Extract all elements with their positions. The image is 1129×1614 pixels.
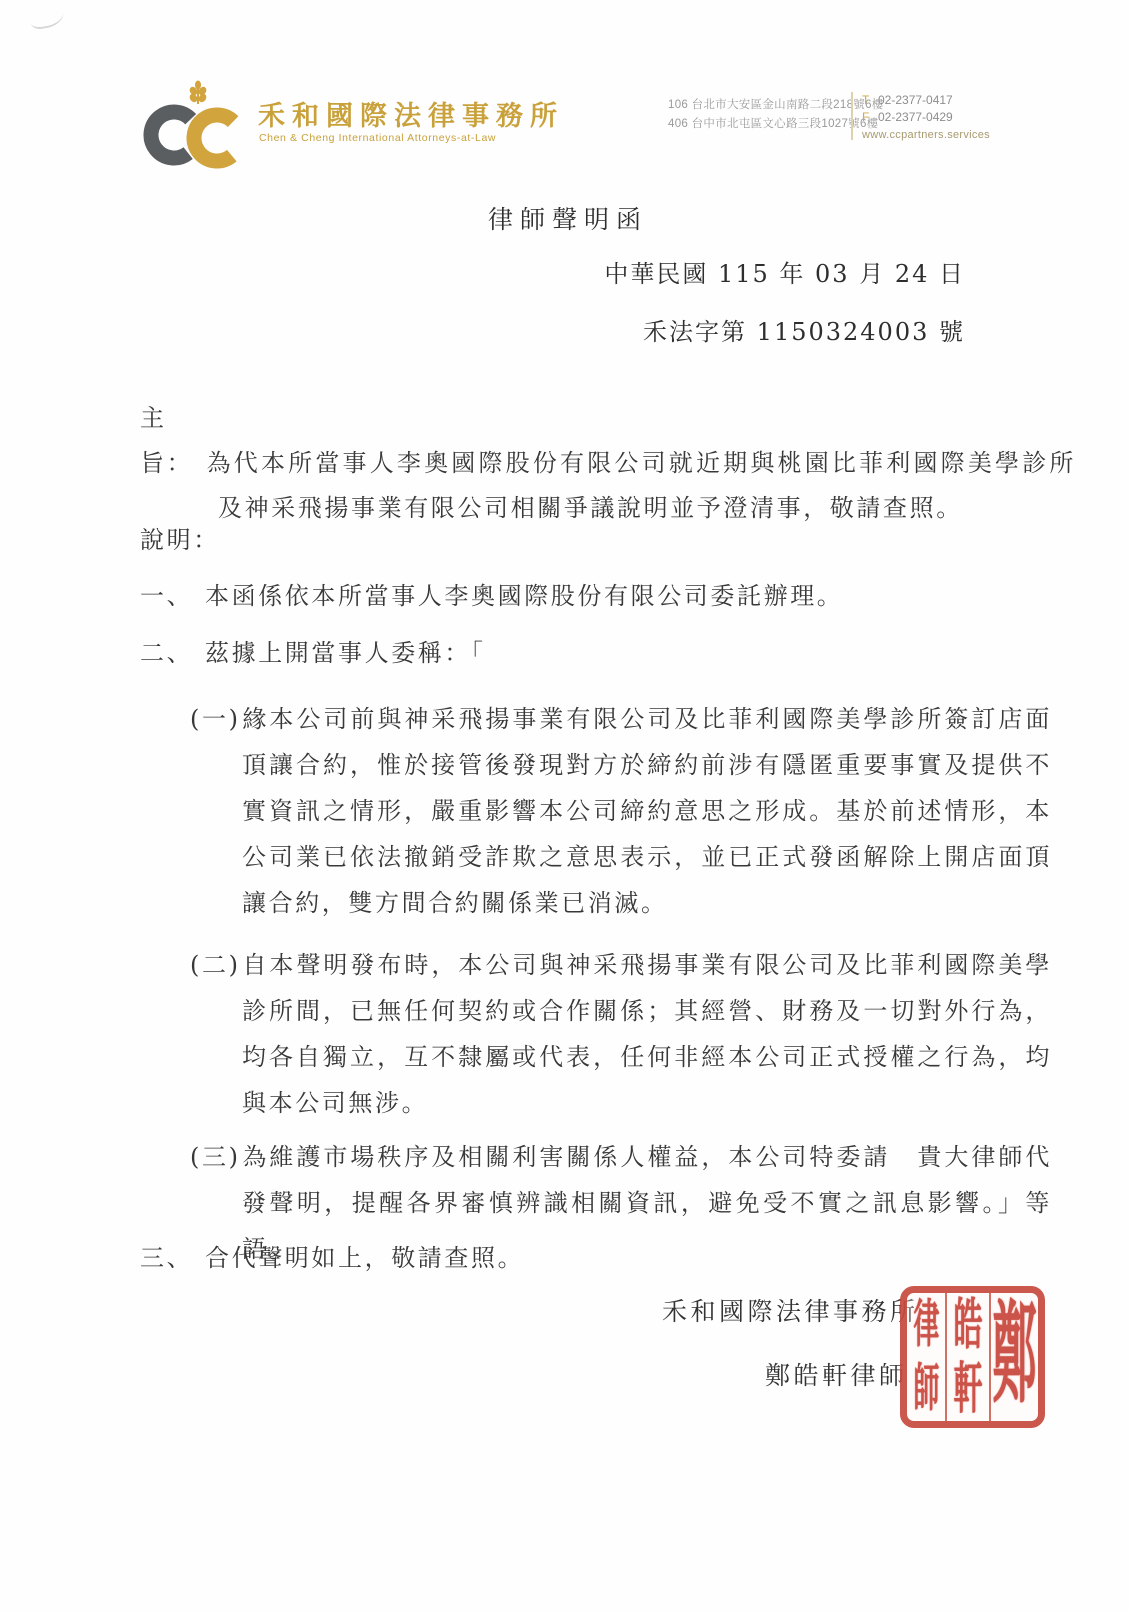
sub-item-1-number: (一)	[190, 696, 242, 742]
seal-column-middle: 皓 軒	[947, 1293, 991, 1421]
closing-number: 三、	[140, 1236, 205, 1281]
scanned-legal-letter: 禾和國際法律事務所 Chen & Cheng International Att…	[0, 0, 1129, 1614]
sub-item-3-number: (三)	[190, 1134, 242, 1180]
seal-char: 鄭	[993, 1302, 1037, 1412]
explanation-label: 說明：	[140, 518, 220, 563]
subject-paragraph: 主旨：為代本所當事人李奧國際股份有限公司就近期與桃園比菲利國際美學診所及神采飛揚…	[140, 396, 1076, 531]
seal-char: 師	[913, 1363, 939, 1414]
seal-column-right: 鄭	[991, 1293, 1038, 1421]
tel-number: 02-2377-0417	[878, 93, 953, 107]
fax-row: F02-2377-0429	[862, 110, 953, 124]
header-divider	[851, 92, 853, 140]
signature-firm-name: 禾和國際法律事務所	[662, 1292, 919, 1328]
item-2-text: 茲據上開當事人委稱：「	[205, 639, 486, 667]
seal-char: 皓	[954, 1297, 983, 1352]
sub-item-2-text: 自本聲明發布時，本公司與神采飛揚事業有限公司及比菲利國際美學診所間，已無任何契約…	[242, 951, 1052, 1117]
sub-item-2: (二)自本聲明發布時，本公司與神采飛揚事業有限公司及比菲利國際美學診所間，已無任…	[190, 942, 1052, 1126]
item-2-number: 二、	[140, 631, 205, 676]
item-2: 二、茲據上開當事人委稱：「	[140, 631, 1065, 676]
subject-label: 主旨：	[140, 396, 206, 486]
wheat-icon	[189, 81, 208, 104]
seal-column-left: 律 師	[907, 1293, 947, 1421]
signature-lawyer-name: 鄭皓軒律師	[765, 1356, 908, 1392]
sub-item-1: (一)緣本公司前與神采飛揚事業有限公司及比菲利國際美學診所簽訂店面頂讓合約，惟於…	[190, 696, 1052, 926]
firm-logo-cc-icon	[140, 80, 252, 170]
firm-name-en: Chen & Cheng International Attorneys-at-…	[259, 132, 496, 144]
website-url: www.ccpartners.services	[862, 129, 990, 141]
item-1-text: 本函係依本所當事人李奧國際股份有限公司委託辦理。	[205, 582, 843, 610]
fax-number: 02-2377-0429	[878, 110, 953, 124]
closing-line: 三、合代聲明如上，敬請查照。	[140, 1236, 1065, 1281]
tel-label: T	[862, 93, 878, 107]
sub-item-1-text: 緣本公司前與神采飛揚事業有限公司及比菲利國際美學診所簽訂店面頂讓合約，惟於接管後…	[242, 705, 1052, 917]
fax-label: F	[862, 110, 878, 124]
scan-artifact	[28, 2, 65, 30]
document-title: 律師聲明函	[488, 200, 648, 236]
subject-text: 為代本所當事人李奧國際股份有限公司就近期與桃園比菲利國際美學診所及神采飛揚事業有…	[206, 449, 1076, 522]
office-address-taichung: 406 台中市北屯區文心路三段1027號6樓	[668, 115, 878, 131]
item-1: 一、本函係依本所當事人李奧國際股份有限公司委託辦理。	[140, 574, 1065, 619]
document-ref-number: 禾法字第 1150324003 號	[643, 312, 965, 347]
document-date: 中華民國 115 年 03 月 24 日	[604, 254, 965, 289]
item-1-number: 一、	[140, 574, 205, 619]
seal-char: 軒	[954, 1361, 983, 1416]
firm-name-zh: 禾和國際法律事務所	[258, 94, 564, 133]
phone-row: T02-2377-0417	[862, 93, 953, 107]
seal-char: 律	[913, 1299, 939, 1350]
lawyer-seal-stamp: 律 師 皓 軒 鄭	[900, 1286, 1045, 1428]
sub-item-2-number: (二)	[190, 942, 242, 988]
closing-text: 合代聲明如上，敬請查照。	[205, 1244, 524, 1272]
